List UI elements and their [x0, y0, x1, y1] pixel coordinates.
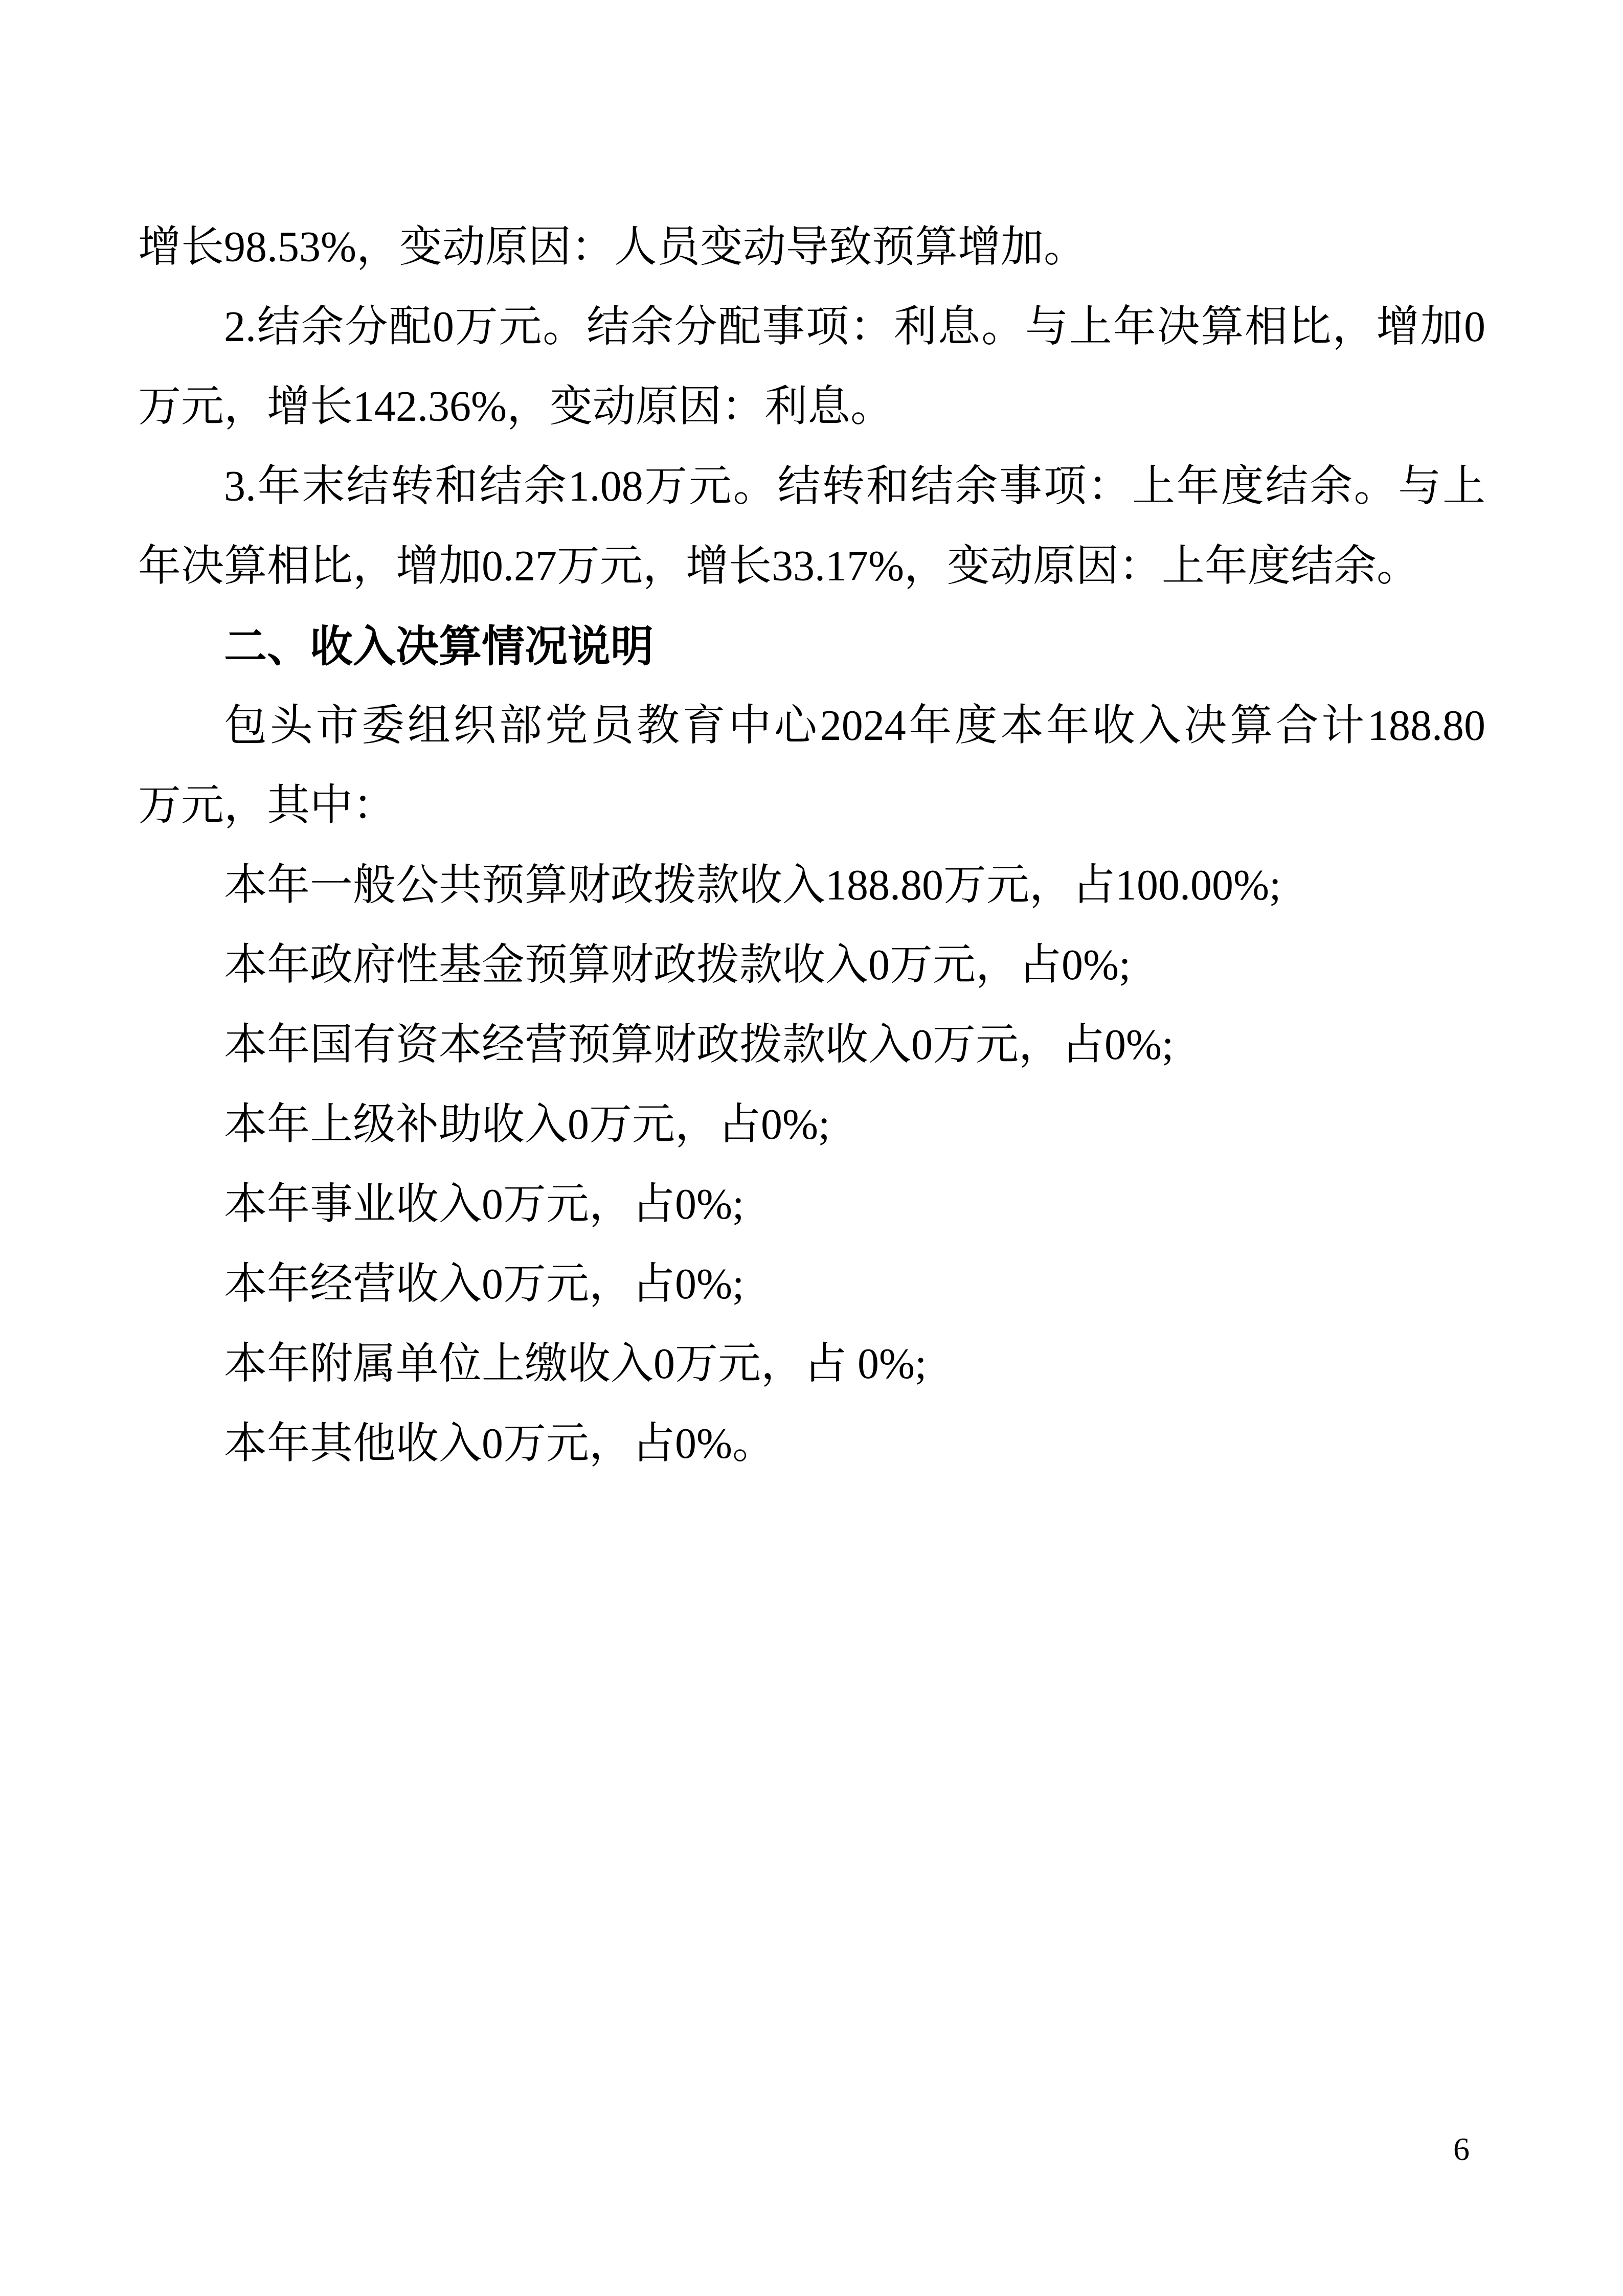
body-line: 本年经营收入0万元，占0%; [138, 1245, 1485, 1324]
body-line: 2.结余分配0万元。结余分配事项：利息。与上年决算相比，增加0 [138, 287, 1485, 367]
body-line: 本年附属单位上缴收入0万元，占 0%; [138, 1324, 1485, 1404]
document-body: 增长98.53%，变动原因：人员变动导致预算增加。 2.结余分配0万元。结余分配… [138, 208, 1485, 1484]
body-line: 万元，其中： [138, 766, 1485, 846]
body-line: 本年事业收入0万元，占0%; [138, 1165, 1485, 1245]
body-line: 3.年末结转和结余1.08万元。结转和结余事项：上年度结余。与上 [138, 447, 1485, 527]
body-line: 包头市委组织部党员教育中心2024年度本年收入决算合计188.80 [138, 686, 1485, 766]
body-line: 本年一般公共预算财政拨款收入188.80万元，占100.00%; [138, 846, 1485, 926]
section-heading: 二、收入决算情况说明 [138, 606, 1485, 686]
document-page: 增长98.53%，变动原因：人员变动导致预算增加。 2.结余分配0万元。结余分配… [0, 0, 1623, 2296]
body-line: 本年国有资本经营预算财政拨款收入0万元，占0%; [138, 1005, 1485, 1085]
body-line: 万元，增长142.36%，变动原因：利息。 [138, 367, 1485, 447]
page-number: 6 [1453, 2126, 1470, 2172]
body-line: 本年上级补助收入0万元，占0%; [138, 1085, 1485, 1165]
body-line: 年决算相比，增加0.27万元，增长33.17%，变动原因：上年度结余。 [138, 527, 1485, 606]
body-line: 本年其他收入0万元，占0%。 [138, 1404, 1485, 1484]
body-line: 本年政府性基金预算财政拨款收入0万元，占0%; [138, 926, 1485, 1005]
body-line: 增长98.53%，变动原因：人员变动导致预算增加。 [138, 208, 1485, 287]
